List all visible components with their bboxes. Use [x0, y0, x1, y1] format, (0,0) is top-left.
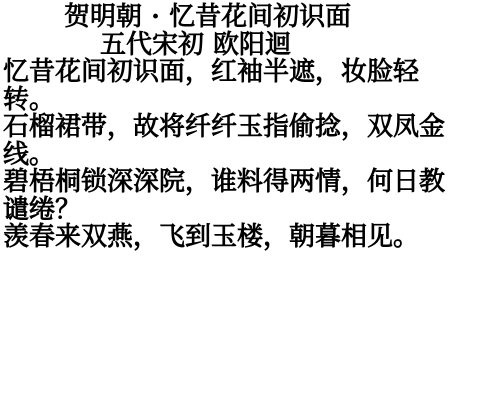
poem-line: 羡春来双燕，飞到玉楼，朝暮相见。: [3, 224, 500, 252]
poem-line: 石榴裙带，故将纤纤玉指偷捻，双凤金: [3, 114, 500, 142]
poem-line: 线。: [3, 142, 500, 170]
poem-line: 碧梧桐锁深深院，谁料得两情，何日教: [3, 169, 500, 197]
poem-line: 忆昔花间初识面，红袖半遮，妆脸轻: [3, 59, 500, 87]
poem-body: 忆昔花间初识面，红袖半遮，妆脸轻 转。 石榴裙带，故将纤纤玉指偷捻，双凤金 线。…: [0, 59, 500, 252]
poem-title: 贺明朝 · 忆昔花间初识面: [0, 4, 500, 32]
poem-line: 谴绻？: [3, 197, 500, 225]
poem-line: 转。: [3, 87, 500, 115]
poem-author-line: 五代宋初 欧阳迴: [0, 32, 500, 60]
poem-page: 贺明朝 · 忆昔花间初识面 五代宋初 欧阳迴 忆昔花间初识面，红袖半遮，妆脸轻 …: [0, 0, 500, 400]
